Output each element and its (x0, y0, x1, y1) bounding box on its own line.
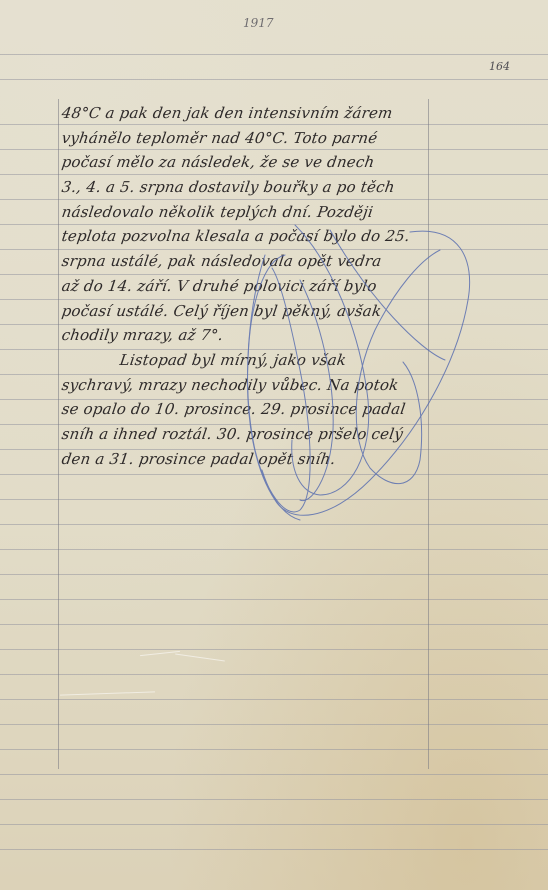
text-line: srpna ustálé, pak následovala opět vedra (60, 249, 458, 274)
text-line: počasí ustálé. Celý říjen byl pěkný, avš… (60, 299, 458, 324)
left-margin-line (58, 99, 59, 769)
text-line: chodily mrazy, až 7°. (60, 323, 458, 348)
text-line-paragraph-start: Listopad byl mírný, jako však (60, 348, 458, 373)
text-line: se opalo do 10. prosince. 29. prosince p… (60, 397, 458, 422)
page-number: 164 (489, 60, 510, 73)
year-heading: 1917 (243, 16, 274, 30)
text-line: 3., 4. a 5. srpna dostavily bouřky a po … (60, 175, 458, 200)
ledger-page: 1917 164 48°C a pak den jak den intensiv… (0, 0, 548, 890)
text-line: počasí mělo za následek, že se ve dnech (60, 150, 458, 175)
text-line: vyhánělo teploměr nad 40°C. Toto parné (60, 126, 458, 151)
text-line: 48°C a pak den jak den intensivním žárem (60, 101, 458, 126)
text-line: až do 14. září. V druhé polovici září by… (60, 274, 458, 299)
handwritten-text: 48°C a pak den jak den intensivním žárem… (60, 101, 455, 471)
text-line: následovalo několik teplých dní. Později (60, 200, 458, 225)
text-line: sychravý, mrazy nechodily vůbec. Na poto… (60, 373, 458, 398)
text-line: sníh a ihned roztál. 30. prosince pršelo… (60, 422, 458, 447)
text-line: teplota pozvolna klesala a počasí bylo d… (60, 224, 458, 249)
text-line: den a 31. prosince padal opět sníh. (60, 447, 458, 472)
